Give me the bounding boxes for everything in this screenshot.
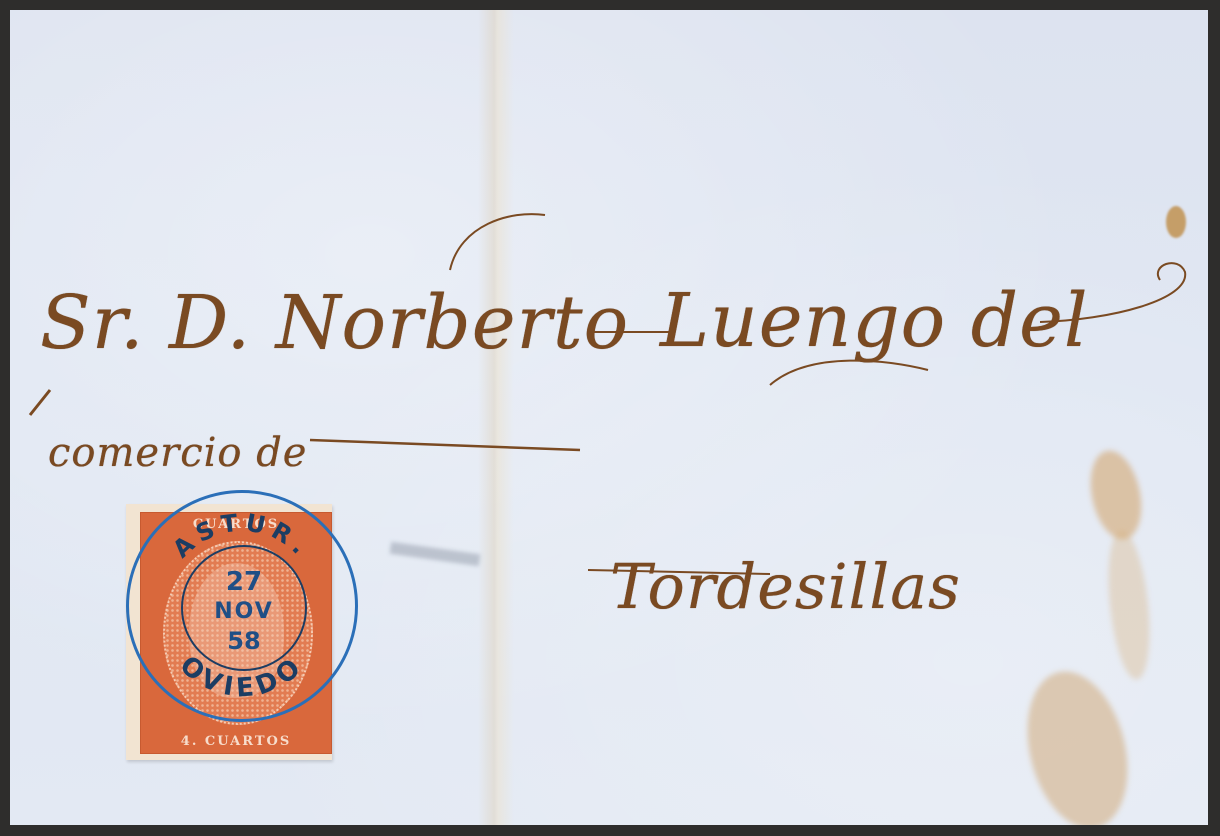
postmark-day: 27 — [183, 567, 305, 597]
postmark-month: NOV — [183, 599, 305, 624]
letter-cover: Sr. D. Norberto Luengo del comercio de T… — [10, 10, 1208, 825]
postmark-date-ring: 27 NOV 58 — [181, 545, 307, 671]
postmark: ASTUR. OVIEDO 27 NOV 58 — [126, 490, 358, 722]
postmark-year: 58 — [183, 627, 305, 655]
stamp-denomination: 4. CUARTOS — [141, 734, 331, 749]
